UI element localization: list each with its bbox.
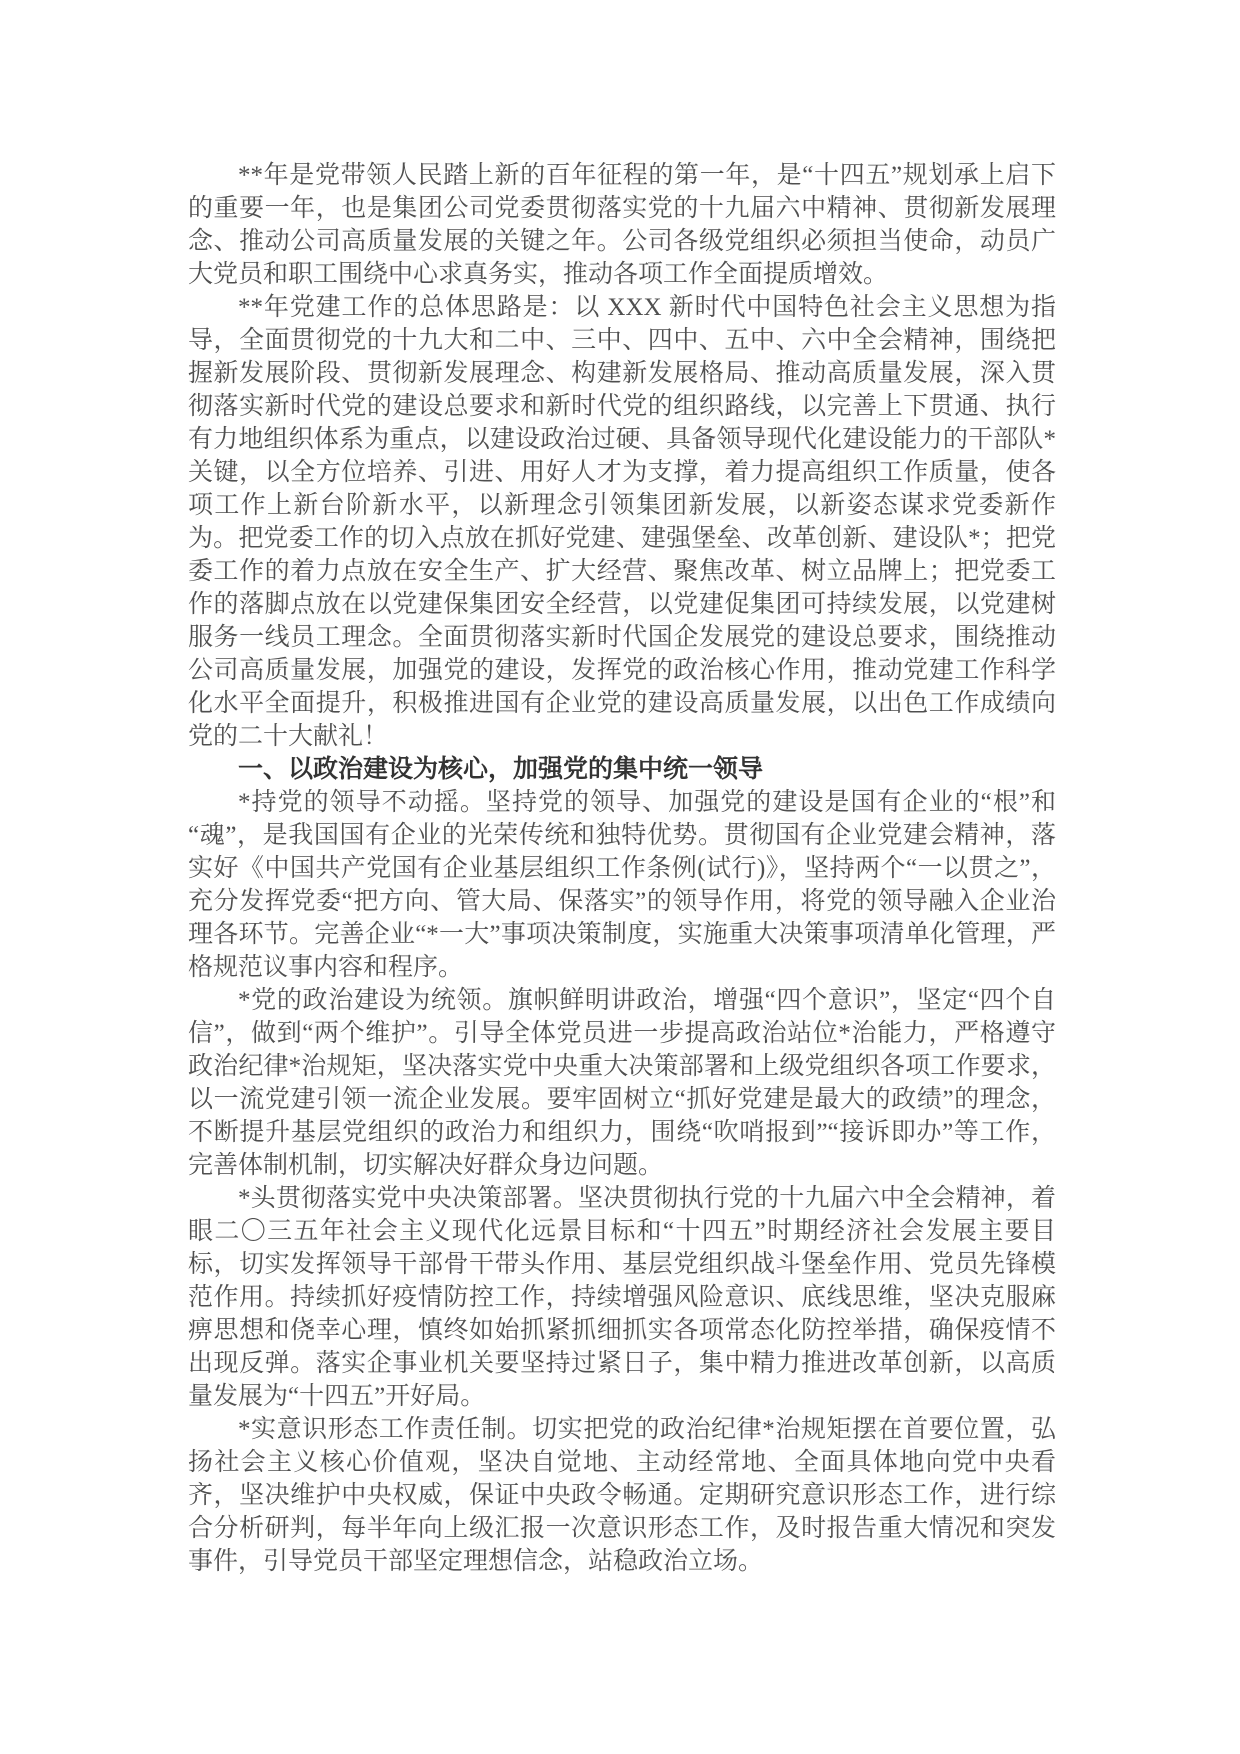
document-page: **年是党带领人民踏上新的百年征程的第一年，是“十四五”规划承上启下的重要一年，…: [0, 0, 1240, 1754]
paragraph-overall-party-building-approach: **年党建工作的总体思路是：以 XXX 新时代中国特色社会主义思想为指导，全面贯…: [188, 291, 1056, 753]
paragraph-party-leadership: *持党的领导不动摇。坚持党的领导、加强党的建设是国有企业的“根”和“魂”，是我国…: [188, 786, 1056, 984]
paragraph-ideology-responsibility: *实意识形态工作责任制。切实把党的政治纪律*治规矩摆在首要位置，弘扬社会主义核心…: [188, 1413, 1056, 1578]
section-heading-political-building: 一、以政治建设为核心，加强党的集中统一领导: [188, 753, 1056, 786]
paragraph-political-building-lead: *党的政治建设为统领。旗帜鲜明讲政治，增强“四个意识”，坚定“四个自信”，做到“…: [188, 984, 1056, 1182]
paragraph-central-decisions: *头贯彻落实党中央决策部署。坚决贯彻执行党的十九届六中全会精神，着眼二〇三五年社…: [188, 1182, 1056, 1413]
document-body: **年是党带领人民踏上新的百年征程的第一年，是“十四五”规划承上启下的重要一年，…: [188, 159, 1056, 1578]
paragraph-intro-year: **年是党带领人民踏上新的百年征程的第一年，是“十四五”规划承上启下的重要一年，…: [188, 159, 1056, 291]
